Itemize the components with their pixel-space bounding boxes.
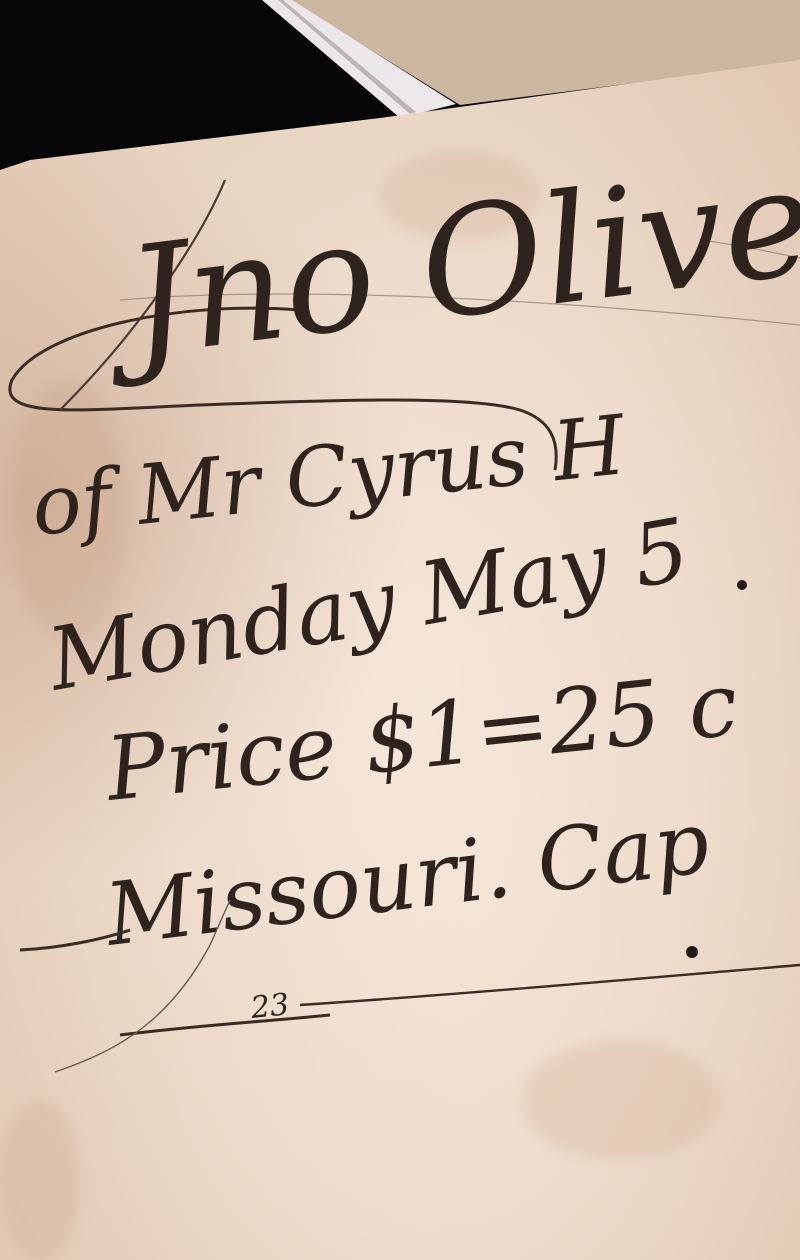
bottom-flourish bbox=[120, 1015, 330, 1035]
handwriting-layer: Jno Oliver of Mr Cyrus H Monday May 5 Pr… bbox=[0, 0, 800, 1260]
inscription-line-place: Missouri. Cap bbox=[98, 793, 714, 966]
bottom-flourish bbox=[300, 965, 800, 1005]
signature-text: Jno Oliver bbox=[92, 125, 800, 394]
ink-dot bbox=[686, 946, 698, 958]
ink-dot bbox=[737, 580, 747, 590]
inscription-number: 23 bbox=[248, 987, 291, 1026]
